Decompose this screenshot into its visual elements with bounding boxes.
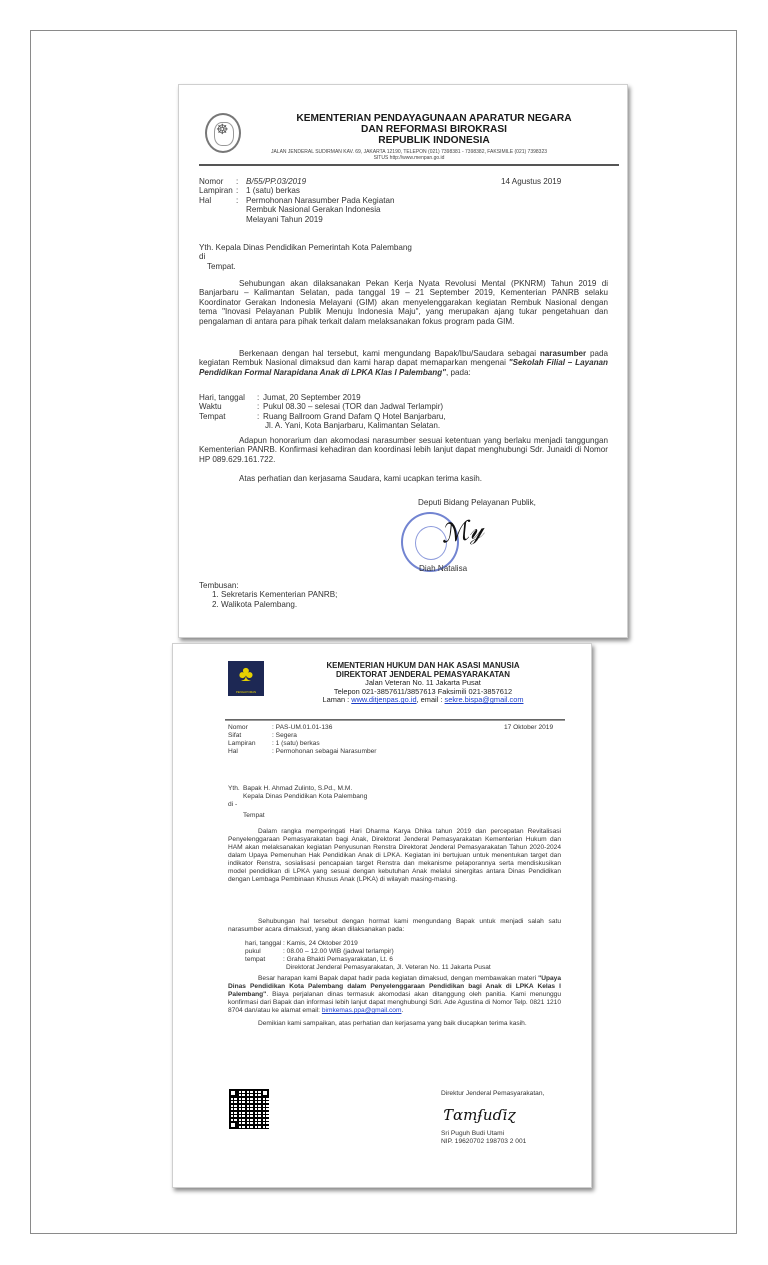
text: . [401, 1007, 403, 1014]
recipient-line: Tempat [228, 812, 367, 820]
cc-block: Tembusan: Sekretaris Kementerian PANRB; … [199, 581, 337, 609]
text: Laman : [322, 695, 351, 704]
org-line: KEMENTERIAN HUKUM DAN HAK ASASI MANUSIA [283, 661, 563, 670]
website-link[interactable]: www.ditjenpas.go.id [351, 695, 416, 704]
schedule-cont: Jl. A. Yani, Kota Banjarbaru, Kalimantan… [199, 421, 446, 430]
schedule-label: hari, tanggal [245, 940, 283, 948]
recipient-line: di - [228, 801, 367, 809]
letter-number: B/55/PP.03/2019 [246, 177, 306, 186]
schedule-label: Waktu [199, 402, 257, 411]
schedule-label: pukul [245, 948, 283, 956]
signatory-nip: NIP. 19620702 198703 2 001 [441, 1138, 526, 1146]
subject-value: Permohonan sebagai Narasumber [276, 748, 377, 755]
letter-ditjenpas: ♣ PENGAYOMAN KEMENTERIAN HUKUM DAN HAK A… [172, 643, 592, 1188]
letter-date: 17 Oktober 2019 [504, 724, 553, 732]
subject-value: Permohonan Narasumber Pada Kegiatan [246, 196, 394, 205]
signatory-name: Diah Natalisa [419, 564, 467, 573]
schedule-block: Hari, tanggal:Jumat, 20 September 2019 W… [199, 393, 446, 431]
text: , email : [417, 695, 445, 704]
schedule-value: Ruang Ballroom Grand Dafam Q Hotel Banja… [263, 412, 446, 421]
schedule-value: Kamis, 24 Oktober 2019 [287, 940, 358, 947]
letter-date: 14 Agustus 2019 [501, 177, 561, 186]
schedule-block: hari, tanggal: Kamis, 24 Oktober 2019 pu… [245, 940, 491, 972]
letter-meta: Nomor:B/55/PP.03/2019 Lampiran:1 (satu) … [199, 177, 394, 224]
subject-cont: Rembuk Nasional Gerakan Indonesia [199, 205, 394, 214]
meta-label: Lampiran [199, 186, 236, 195]
schedule-label: Tempat [199, 412, 257, 421]
letter-meta: Nomor: PAS-UM.01.01-136 Sifat: Segera La… [228, 724, 376, 756]
signatory-block: Sri Puguh Budi Utami NIP. 19620702 19870… [441, 1130, 526, 1146]
signature: ℳ𝓎 [439, 514, 486, 551]
attachment-value: 1 (satu) berkas [276, 740, 320, 747]
text: , pada: [446, 368, 471, 377]
website-line: SITUS http://www.menpan.go.id [193, 155, 625, 161]
recipient-line: Bapak H. Ahmad Zulinto, S.Pd., M.M. [243, 785, 352, 792]
body-paragraph: Berkenaan dengan hal tersebut, kami meng… [199, 349, 608, 377]
garuda-emblem-icon [205, 113, 241, 153]
attachment-value: 1 (satu) berkas [246, 186, 300, 195]
emphasis: narasumber [540, 349, 586, 358]
closing-paragraph: Demikian kami sampaikan, atas perhatian … [228, 1020, 561, 1028]
letterhead-address: JALAN JENDERAL SUDIRMAN KAV. 69, JAKARTA… [193, 149, 625, 161]
signatory-name: Sri Puguh Budi Utami [441, 1130, 526, 1138]
meta-label: Sifat [228, 732, 272, 740]
body-paragraph: Adapun honorarium dan akomodasi narasumb… [199, 436, 608, 464]
recipient-block: Yth.Bapak H. Ahmad Zulinto, S.Pd., M.M. … [228, 785, 367, 820]
org-line: DAN REFORMASI BIROKRASI [249, 124, 619, 135]
meta-label: Nomor [228, 724, 272, 732]
salutation: Yth. [228, 785, 243, 793]
email-link[interactable]: sekre.bispa@gmail.com [445, 695, 524, 704]
recipient-line: Yth. Kepala Dinas Pendidikan Pemerintah … [199, 243, 412, 252]
letterhead-title: KEMENTERIAN HUKUM DAN HAK ASASI MANUSIA … [283, 661, 563, 705]
cc-item: Walikota Palembang. [221, 600, 337, 609]
signatory-title: Deputi Bidang Pelayanan Publik, [418, 498, 536, 507]
body-paragraph: Besar harapan kami Bapak dapat hadir pad… [228, 975, 561, 1015]
meta-label: Hal [228, 748, 272, 756]
logo-caption: PENGAYOMAN [230, 690, 262, 694]
subject-cont: Melayani Tahun 2019 [199, 215, 394, 224]
schedule-cont: Direktorat Jenderal Pemasyarakatan, Jl. … [245, 964, 491, 972]
schedule-value: Jumat, 20 September 2019 [263, 393, 361, 402]
recipient-line: Kepala Dinas Pendidikan Kota Palembang [228, 793, 367, 801]
text: Berkenaan dengan hal tersebut, kami meng… [239, 349, 540, 358]
recipient-block: Yth. Kepala Dinas Pendidikan Pemerintah … [199, 243, 412, 271]
letterhead-title: KEMENTERIAN PENDAYAGUNAAN APARATUR NEGAR… [249, 113, 619, 146]
signature: Ƭɑmʄuɗiɀ [443, 1106, 516, 1124]
signatory-title: Direktur Jenderal Pemasyarakatan, [441, 1090, 544, 1098]
recipient-line: Tempat. [199, 262, 412, 271]
body-paragraph: Sehubungan hal tersebut dengan hormat ka… [228, 918, 561, 934]
nature-value: Segera [276, 732, 297, 739]
qr-code-icon [229, 1089, 269, 1129]
meta-label: Lampiran [228, 740, 272, 748]
body-paragraph: Dalam rangka memperingati Hari Dharma Ka… [228, 828, 561, 884]
schedule-value: Pukul 08.30 – selesai (TOR dan Jadwal Te… [263, 402, 443, 411]
schedule-label: tempat [245, 956, 283, 964]
org-line: REPUBLIK INDONESIA [249, 135, 619, 146]
text: Besar harapan kami Bapak dapat hadir pad… [258, 975, 538, 982]
org-line: KEMENTERIAN PENDAYAGUNAAN APARATUR NEGAR… [249, 113, 619, 124]
contact-email-link[interactable]: bimkemas.ppa@gmail.com [322, 1007, 402, 1014]
banyan-tree-icon: ♣ [232, 661, 260, 687]
letter-kemenpanrb: KEMENTERIAN PENDAYAGUNAAN APARATUR NEGAR… [178, 84, 628, 638]
letterhead-divider [199, 164, 619, 166]
schedule-value: 08.00 – 12.00 WIB (jadwal terlampir) [287, 948, 394, 955]
schedule-label: Hari, tanggal [199, 393, 257, 402]
cc-item: Sekretaris Kementerian PANRB; [221, 590, 337, 599]
meta-label: Nomor [199, 177, 236, 186]
meta-label: Hal [199, 196, 236, 205]
letter-number: PAS-UM.01.01-136 [276, 724, 333, 731]
schedule-value: Graha Bhakti Pemasyarakatan, Lt. 6 [287, 956, 393, 963]
recipient-line: di [199, 252, 412, 261]
letterhead-divider [225, 719, 565, 720]
cc-label: Tembusan: [199, 581, 337, 590]
body-paragraph: Sehubungan akan dilaksanakan Pekan Kerja… [199, 279, 608, 326]
web-line: Laman : www.ditjenpas.go.id, email : sek… [283, 696, 563, 705]
pengayoman-logo-icon: ♣ PENGAYOMAN [228, 661, 264, 696]
closing-line: Atas perhatian dan kerjasama Saudara, ka… [239, 474, 482, 483]
